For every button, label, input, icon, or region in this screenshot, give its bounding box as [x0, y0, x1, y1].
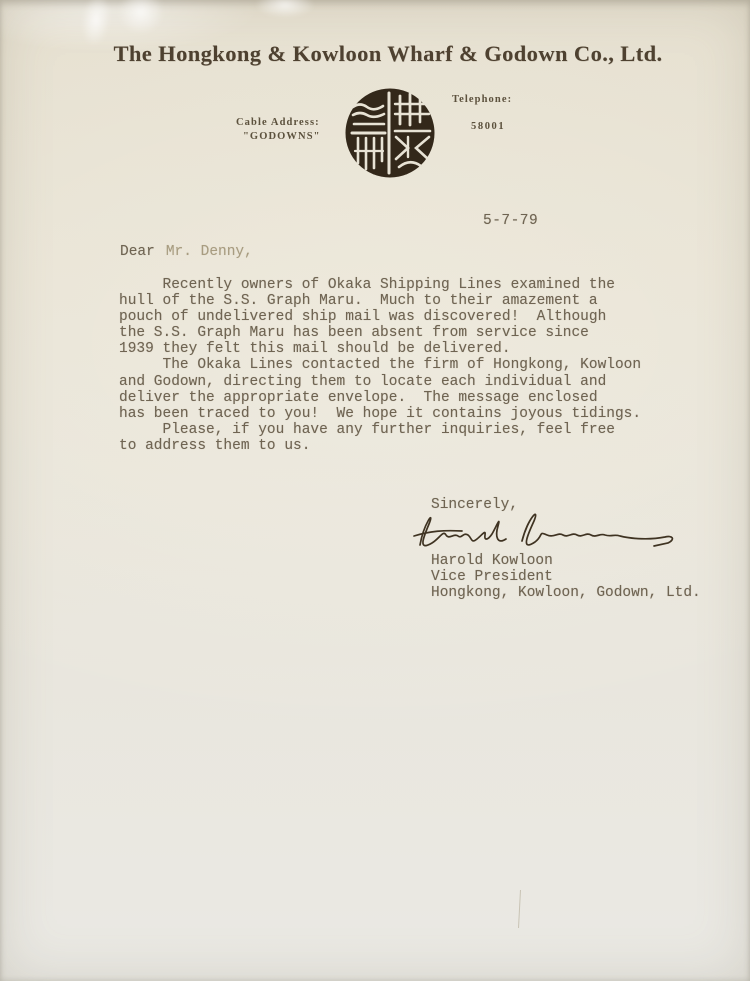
telephone-label: Telephone: [452, 94, 512, 105]
paper-sheen [255, 0, 315, 18]
company-name: The Hongkong & Kowloon Wharf & Godown Co… [13, 41, 750, 67]
letter-body: Recently owners of Okaka Shipping Lines … [119, 277, 641, 454]
telephone-number: 58001 [471, 121, 505, 132]
signer-company: Hongkong, Kowloon, Godown, Ltd. [431, 585, 701, 601]
letter-date: 5-7-79 [483, 213, 538, 229]
salutation: DearMr. Denny, [120, 244, 253, 260]
signer-name: Harold Kowloon [431, 553, 553, 569]
letter-page: The Hongkong & Kowloon Wharf & Godown Co… [0, 0, 750, 981]
cable-address-value: "GODOWNS" [243, 131, 321, 142]
salutation-prefix: Dear [120, 244, 155, 260]
company-seal-icon [344, 87, 436, 179]
cable-address-label: Cable Address: [236, 117, 320, 128]
signer-title: Vice President [431, 569, 553, 585]
recipient-name: Mr. Denny, [166, 244, 253, 260]
paper-scratch [518, 890, 521, 928]
paper-sheen [116, 0, 166, 36]
